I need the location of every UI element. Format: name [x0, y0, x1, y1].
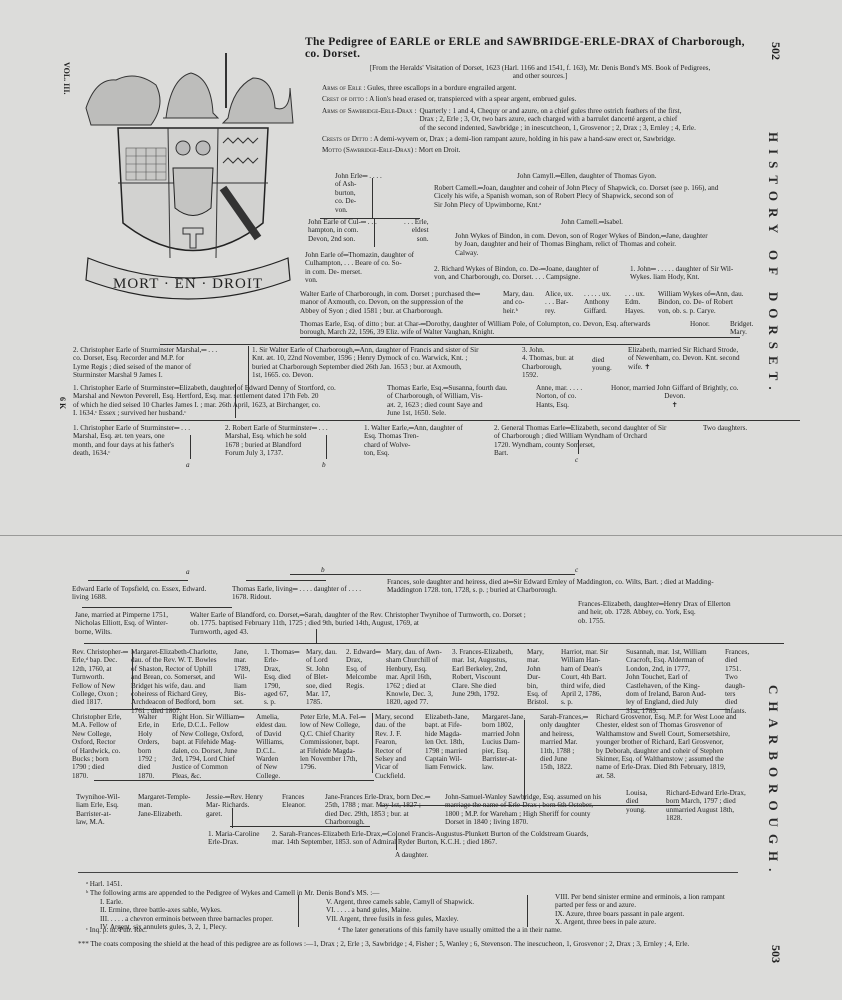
pedigree-entry: Margaret-Temple- man. Jane-Elizabeth.	[138, 793, 190, 818]
pedigree-entry: Elizabeth, married Sir Richard Strode, o…	[628, 346, 740, 371]
pedigree-entry: Frances, died 1751. Two daugh- ters died…	[725, 648, 749, 715]
pedigree-entry: Two daughters.	[703, 424, 747, 432]
arms-row: Crest of ditto : A lion's head erased or…	[322, 95, 742, 103]
pedigree-entry: 1. Maria-Caroline Erle-Drax.	[208, 830, 260, 847]
marker-c: c	[575, 456, 578, 464]
pedigree-entry: 1. John═ . . . . . daughter of Sir Wil- …	[630, 265, 733, 282]
arms-text: Gules, three escallops in a bordure engr…	[367, 84, 516, 92]
arms-row: Arms of Sawbridge-Erle-Drax : Quarterly …	[322, 107, 742, 132]
footnote-b-col2: V. Argent, three camels sable, Camyll of…	[326, 898, 474, 923]
pedigree-entry: Walter Earle of Charborough, in com. Dor…	[300, 290, 480, 315]
pedigree-entry: 1. Thomas═ Erle- Drax, Esq. died 1790, a…	[264, 648, 299, 707]
pedigree-entry: John Erle═ . . . . of Ash- burton, co. D…	[335, 172, 382, 214]
pedigree-entry: William Wykes of═Ann, dau. Bindon, co. D…	[658, 290, 743, 315]
pedigree-entry: 1. Christopher Earle of Sturminster═ . .…	[73, 424, 190, 458]
pedigree-entry: 1. Christopher Earle of Sturminster═Eliz…	[73, 384, 336, 418]
pedigree-entry: Amelia, eldest dau. of David Williams, D…	[256, 713, 287, 780]
pedigree-entry: Honor, married John Giffard of Brightly,…	[611, 384, 738, 409]
arms-text: A demi-wyvern or, Drax ; a demi-lion ram…	[373, 135, 675, 143]
volume-label: VOL. III.	[62, 62, 71, 95]
arms-row: Crests of Ditto : A demi-wyvern or, Drax…	[322, 135, 742, 143]
pedigree-entry: Walter Earle of Blandford, co. Dorset,═S…	[190, 611, 526, 636]
pedigree-entry: Thomas Earle, living═ . . . . daughter o…	[232, 585, 361, 602]
arms-text: Mort en Droit.	[419, 146, 461, 154]
pedigree-entry: Mary, dau. and co- heir.ᵇ	[503, 290, 534, 315]
pedigree-entry: Mary, dau. of Awn- sham Churchill of Hen…	[386, 648, 442, 707]
pedigree-entry: Jessie-═Rev. Henry Mar- Richards. garet.	[206, 793, 263, 818]
pedigree-entry: Jane-Frances Erle-Drax, born Dec.═ 25th,…	[325, 793, 430, 827]
footnote-c: ᶜ Inq. p. m. Pub. Rec.	[86, 926, 147, 934]
pedigree-entry: Frances-Elizabeth, daughter═Henry Drax o…	[578, 600, 731, 625]
pedigree-entry: Edward Earle of Topsfield, co. Essex, Ed…	[72, 585, 206, 602]
pedigree-entry: 2. Robert Earle of Sturminster═ . . . Ma…	[225, 424, 328, 458]
page-title: The Pedigree of EARLE or ERLE and SAWBRI…	[305, 36, 745, 60]
pedigree-entry: John Camyll.═Ellen, daughter of Thomas G…	[517, 172, 657, 180]
arms-row: Motto (Sawbridge-Erle-Drax) : Mort en Dr…	[322, 146, 742, 154]
pedigree-entry: Alice, ux. . . . Bar- rey.	[545, 290, 573, 315]
pedigree-entry: John Wykes of Bindon, in com. Devon, son…	[455, 232, 755, 257]
marker-a: a	[186, 568, 190, 576]
pedigree-entry: Peter Erle, M.A. Fel-═ low of New Colleg…	[300, 713, 366, 772]
pedigree-entry: Bridget. Mary.	[730, 320, 753, 337]
running-title-bottom: CHARBOROUGH.	[765, 685, 781, 878]
pedigree-entry: A daughter.	[395, 851, 428, 859]
pedigree-entry: 3. Frances-Elizabeth, mar. 1st, Augustus…	[452, 648, 513, 698]
pedigree-entry: Margaret-Elizabeth-Charlotte, dau. of th…	[131, 648, 218, 715]
footnote-d: ᵈ The later generations of this family h…	[338, 926, 562, 934]
marker-c: c	[575, 566, 578, 574]
pedigree-entry: . . . ux. Edm. Hayes.	[625, 290, 645, 315]
pedigree-entry: John Earle of Cul-═ . . . hampton, in co…	[308, 218, 377, 243]
footnote-a: ᵃ Harl. 1451.	[86, 880, 122, 888]
pedigree-entry: John Camell.═Isabel.	[561, 218, 623, 226]
pedigree-entry: Margaret-Jane, born 1802, married John L…	[482, 713, 525, 772]
marker-b: b	[322, 461, 326, 469]
pedigree-entry: Honor.	[690, 320, 710, 328]
pedigree-entry: Elizabeth-Jane, bapt. at Fife- hide Magd…	[425, 713, 469, 772]
pedigree-entry: Christopher Erle, M.A. Fellow of New Col…	[72, 713, 122, 780]
running-title-top: HISTORY OF DORSET.	[765, 132, 781, 397]
pedigree-entry: 2. Richard Wykes of Bindon, co. De-═Joan…	[434, 265, 599, 282]
coat-of-arms: MORT · EN · DROIT	[78, 48, 298, 303]
arms-label: Crests of Ditto :	[322, 135, 372, 143]
pedigree-entry: 2. Sarah-Frances-Elizabeth Erle-Drax,═Co…	[272, 830, 588, 847]
arms-label: Arms of Sawbridge-Erle-Drax :	[322, 107, 416, 132]
pedigree-entry: Frances Eleanor.	[282, 793, 306, 810]
signature-mark: 6 K	[58, 397, 67, 409]
pedigree-entry: Louisa, died young.	[626, 789, 647, 814]
pedigree-entry: Richard Grosvenor, Esq. M.P. for West Lo…	[596, 713, 737, 780]
pedigree-entry: Sarah-Frances,═ only daughter and heires…	[540, 713, 588, 772]
pedigree-entry: Right Hon. Sir William═ Erle, D.C.L. Fel…	[172, 713, 244, 780]
pedigree-entry: 1. Walter Earle,═Ann, daughter of Esq. T…	[364, 424, 463, 458]
pedigree-entry: 3. John. 4. Thomas, bur. at Charborough,…	[522, 346, 574, 380]
pedigree-entry: . . . Erle, eldest son.	[404, 218, 429, 243]
arms-text: Quarterly : 1 and 4, Chequy or and azure…	[419, 107, 695, 132]
svg-text:MORT · EN · DROIT: MORT · EN · DROIT	[113, 276, 263, 292]
pedigree-entry: Robert Camell.═Joan, daughter and coheir…	[434, 184, 764, 209]
arms-label: Arms of Erle :	[322, 84, 365, 92]
pedigree-entry: . . . . . ux. Anthony Giffard.	[584, 290, 611, 315]
footnote-divider	[78, 872, 738, 873]
arms-label: Crest of ditto :	[322, 95, 368, 103]
pedigree-entry: 2. Edward═ Drax, Esq. of Melcombe Regis.	[346, 648, 381, 690]
pedigree-entry: 1. Sir Walter Earle of Charborough,═Ann,…	[252, 346, 479, 380]
pedigree-entry: Jane, mar. 1789, Wil- liam Bis- set.	[234, 648, 250, 707]
pedigree-entry: Harriot, mar. Sir William Han- ham of De…	[561, 648, 608, 707]
source-note: [From the Heralds' Visitation of Dorset,…	[340, 64, 740, 81]
pedigree-entry: Jane, married at Pimperne 1751, Nicholas…	[75, 611, 168, 636]
pedigree-entry: Anne, mar. . . . . Norton, of co. Hants,…	[536, 384, 582, 409]
footnote-b-col3: VIII. Per bend sinister ermine and ermin…	[555, 893, 725, 927]
arms-row: Arms of Erle : Gules, three escallops in…	[322, 84, 742, 92]
pedigree-entry: Susannah, mar. 1st, William Cracroft, Es…	[626, 648, 707, 715]
pedigree-entry: Twynihoe-Wil- liam Erle, Esq. Barrister-…	[76, 793, 120, 827]
footnote-b: ᵇ The following arms are appended to the…	[86, 889, 379, 897]
pedigree-entry: Thomas Earle, Esq. of ditto ; bur. at Ch…	[300, 320, 650, 337]
pedigree-entry: 2. Christopher Earle of Sturminster Mars…	[73, 346, 217, 380]
arms-text: A lion's head erased or, transpierced wi…	[369, 95, 576, 103]
page-fold	[0, 535, 842, 536]
marker-a: a	[186, 461, 190, 469]
pedigree-entry: Frances, sole daughter and heiress, died…	[387, 578, 714, 595]
arms-block: Arms of Erle : Gules, three escallops in…	[322, 84, 742, 155]
pedigree-entry: John Earle of═Thomazin, daughter of Culh…	[305, 251, 414, 285]
pedigree-entry: died young.	[592, 356, 612, 373]
pedigree-entry: Mary, second dau. of the Rev. J. F. Fear…	[375, 713, 414, 780]
pedigree-entry: Mary, dau. of Lord St. John of Blet- soe…	[306, 648, 337, 707]
page-number-top: 502	[768, 42, 783, 60]
arms-label: Motto (Sawbridge-Erle-Drax) :	[322, 146, 417, 154]
shield-note: *** The coats composing the shield at th…	[78, 940, 768, 948]
pedigree-entry: 2. General Thomas Earle═Elizabeth, secon…	[494, 424, 666, 458]
coat-of-arms-icon: MORT · EN · DROIT	[78, 48, 298, 303]
page-number-bottom: 503	[768, 945, 783, 963]
pedigree-entry: Rev. Christopher-═ Erle,ᵈ bap. Dec. 12th…	[72, 648, 128, 707]
pedigree-entry: Thomas Earle, Esq.═Susanna, fourth dau. …	[387, 384, 507, 418]
pedigree-entry: Walter Erle, in Holy Orders, born 1792 ;…	[138, 713, 159, 780]
pedigree-entry: Mary, mar. John Dur- bin, Esq. of Bristo…	[527, 648, 548, 707]
